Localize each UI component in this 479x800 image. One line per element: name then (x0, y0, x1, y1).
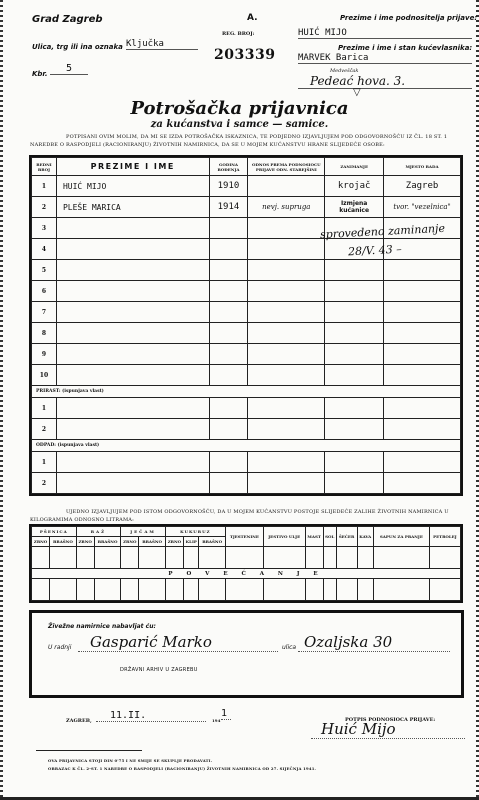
form-subtitle: za kućanstva i samce — samice. (0, 119, 479, 130)
col-name: PREZIME I IME (56, 158, 209, 176)
stock-cell[interactable] (184, 547, 199, 569)
stock-cell[interactable] (76, 547, 94, 569)
stock-cell[interactable] (323, 579, 336, 601)
workplace-cell[interactable] (384, 260, 461, 281)
stock-cell[interactable] (225, 579, 263, 601)
relation-cell[interactable] (248, 302, 325, 323)
workplace-cell[interactable] (384, 365, 461, 386)
birth-year-cell[interactable] (209, 365, 248, 386)
increase-section-label: PRIRAST: (ispunjava vlast) (32, 386, 461, 398)
table-row: 1 HUIĆ MIJO 1910 krojač Zagreb (32, 176, 461, 197)
workplace-cell[interactable] (384, 281, 461, 302)
stock-cell[interactable] (32, 579, 50, 601)
col-corn-grain: ZRNO (165, 537, 183, 547)
place-label: ZAGREB, (66, 718, 92, 724)
year-field[interactable]: 1 (221, 708, 231, 720)
workplace-cell[interactable] (384, 419, 461, 440)
supply-box: Živežne namirnice nabavljat ću: U radnji… (29, 610, 464, 698)
occupation-cell[interactable]: krojač (325, 176, 384, 197)
stock-cell[interactable] (357, 547, 374, 569)
row-number: 4 (32, 239, 57, 260)
occupation-cell[interactable] (325, 302, 384, 323)
workplace-cell[interactable]: tvor. "vezelnica" (384, 197, 461, 218)
col-wheat-flour: BRAŠNO (50, 537, 76, 547)
birth-year-cell[interactable] (209, 473, 248, 494)
applicant-label: Prezime i ime podnositelja prijave: (340, 14, 477, 22)
occupation-cell[interactable] (325, 398, 384, 419)
relation-cell[interactable] (248, 398, 325, 419)
occupation-cell[interactable]: Izmjena kućanice (325, 197, 384, 218)
decrease-row: 1 (32, 452, 461, 473)
increase-row: 1 (32, 398, 461, 419)
date-field[interactable]: 11.II. (96, 710, 206, 722)
birth-year-cell[interactable] (209, 302, 248, 323)
table-row: 7 (32, 302, 461, 323)
birth-year-cell[interactable] (209, 323, 248, 344)
street-label: ulica (282, 644, 296, 651)
name-cell[interactable] (56, 218, 209, 239)
workplace-cell[interactable] (384, 323, 461, 344)
stock-cell[interactable] (305, 579, 323, 601)
col-corn-cob: KLIP (184, 537, 199, 547)
workplace-cell[interactable]: Zagreb (384, 176, 461, 197)
col-rye-flour: BRAŠNO (94, 537, 120, 547)
street-label: Ulica, trg ili ina oznaka (32, 43, 123, 51)
reg-number: 203339 (214, 47, 275, 63)
stock-cell[interactable] (94, 547, 120, 569)
stock-values-row (32, 547, 461, 569)
stock-cell[interactable] (305, 547, 323, 569)
applicant-field[interactable]: HUIĆ MIJO (298, 28, 472, 39)
stock-group-header-row: PŠENICA RAŽ JEČAM KUKURUZ TJESTENINE JES… (32, 527, 461, 537)
table-row: 2 PLEŠE MARICA 1914 nevj. supruga Izmjen… (32, 197, 461, 218)
name-cell[interactable]: HUIĆ MIJO (56, 176, 209, 197)
stock-cell[interactable] (165, 579, 183, 601)
household-table: REDNI BROJ PREZIME I IME GODINA ROĐENJA … (31, 157, 461, 494)
name-cell[interactable] (56, 452, 209, 473)
increase-section-row: PRIRAST: (ispunjava vlast) (32, 386, 461, 398)
workplace-cell[interactable] (384, 344, 461, 365)
checkmark-icon: ▽ (353, 87, 361, 98)
stock-increase-values-row (32, 579, 461, 601)
occupation-cell[interactable] (325, 344, 384, 365)
workplace-cell[interactable] (384, 302, 461, 323)
decrease-row: 2 (32, 473, 461, 494)
decrease-section-label: ODPAD: (ispunjava vlast) (32, 440, 461, 452)
occupation-cell[interactable] (325, 419, 384, 440)
birth-year-cell[interactable] (209, 239, 248, 260)
row-number: 1 (32, 176, 57, 197)
col-sugar: ŠEĆER (336, 527, 357, 547)
workplace-cell[interactable] (384, 398, 461, 419)
form-reference-note: OBRAZAC K ČL. 2-ST. 1 NAREDBE O RASPODJE… (48, 766, 316, 771)
footer-divider (36, 750, 142, 751)
intro-declaration: POTPISANI OVIM MOLIM, DA MI SE IZDA POTR… (30, 133, 468, 149)
table-row: 9 (32, 344, 461, 365)
stock-declaration: UJEDNO IZJAVLJUJEM POD ISTOM ODGOVORNOŠĆ… (30, 508, 468, 524)
stock-cell[interactable] (199, 547, 225, 569)
col-wheat: PŠENICA (32, 527, 77, 537)
row-number: 7 (32, 302, 57, 323)
relation-cell[interactable] (248, 452, 325, 473)
relation-cell[interactable] (248, 176, 325, 197)
stock-cell[interactable] (121, 579, 139, 601)
increase-row: 2 (32, 419, 461, 440)
stock-cell[interactable] (374, 579, 430, 601)
row-number: 10 (32, 365, 57, 386)
occupation-cell[interactable] (325, 365, 384, 386)
stock-cell[interactable] (225, 547, 263, 569)
col-salt: SOL (323, 527, 336, 547)
table-row: 5 (32, 260, 461, 281)
stock-cell[interactable] (263, 579, 305, 601)
birth-year-cell[interactable]: 1910 (209, 176, 248, 197)
stock-cell[interactable] (357, 579, 374, 601)
house-number-field[interactable]: 5 (50, 63, 88, 75)
col-rye: RAŽ (76, 527, 121, 537)
col-birth-year: GODINA ROĐENJA (209, 158, 248, 176)
name-cell[interactable] (56, 344, 209, 365)
street-field[interactable]: Ključka (126, 39, 198, 50)
shop-label: U radnji (48, 644, 71, 651)
birth-year-cell[interactable] (209, 419, 248, 440)
col-pasta: TJESTENINE (225, 527, 263, 547)
stock-cell[interactable] (94, 579, 120, 601)
stock-increase-row: P O V E Ć A N J E (32, 569, 461, 579)
occupation-cell[interactable] (325, 323, 384, 344)
col-rye-grain: ZRNO (76, 537, 94, 547)
stock-cell[interactable] (336, 579, 357, 601)
reg-number-label: REG. BROJ: (222, 31, 254, 37)
stock-cell[interactable] (76, 579, 94, 601)
landlord-label: Prezime i ime i stan kućevlasnika: (338, 44, 472, 52)
birth-year-cell[interactable] (209, 398, 248, 419)
landlord-field[interactable]: MARVEK Barica (298, 53, 472, 64)
col-oil: JESTIVO ULJE (263, 527, 305, 547)
name-cell[interactable] (56, 365, 209, 386)
col-barley: JEČAM (121, 527, 166, 537)
birth-year-cell[interactable] (209, 281, 248, 302)
row-number: 1 (32, 452, 57, 473)
form-title: Potrošačka prijavnica (0, 98, 479, 119)
supply-label: Živežne namirnice nabavljat ću: (48, 623, 156, 630)
col-corn-flour: BRAŠNO (199, 537, 225, 547)
col-barley-flour: BRAŠNO (139, 537, 165, 547)
stock-cell[interactable] (263, 547, 305, 569)
occupation-cell[interactable] (325, 281, 384, 302)
col-corn: KUKURUZ (165, 527, 225, 537)
row-number: 2 (32, 197, 57, 218)
landlord-address-field[interactable]: Pedeać hova. 3. (298, 74, 472, 89)
shop-field[interactable]: Gasparić Marko (78, 633, 278, 652)
signature-field[interactable]: Huić Mijo (311, 720, 465, 739)
stock-cell[interactable] (374, 547, 430, 569)
birth-year-cell[interactable] (209, 452, 248, 473)
col-coffee: KAVA (357, 527, 374, 547)
stock-cell[interactable] (50, 547, 76, 569)
row-number: 1 (32, 398, 57, 419)
row-number: 8 (32, 323, 57, 344)
row-number: 6 (32, 281, 57, 302)
relation-cell[interactable] (248, 473, 325, 494)
relation-cell[interactable] (248, 260, 325, 281)
year-prefix: 194 (212, 718, 220, 723)
stock-cell[interactable] (32, 547, 50, 569)
stock-cell[interactable] (121, 547, 139, 569)
series-letter: A. (247, 13, 258, 23)
stock-cell[interactable] (429, 579, 460, 601)
stock-cell[interactable] (139, 547, 165, 569)
birth-year-cell[interactable]: 1914 (209, 197, 248, 218)
occupation-cell[interactable] (325, 452, 384, 473)
relation-cell[interactable] (248, 365, 325, 386)
row-number: 2 (32, 419, 57, 440)
row-number: 3 (32, 218, 57, 239)
stock-cell[interactable] (139, 579, 165, 601)
table-row: 10 (32, 365, 461, 386)
col-barley-grain: ZRNO (121, 537, 139, 547)
occupation-cell[interactable] (325, 473, 384, 494)
stock-cell[interactable] (165, 547, 183, 569)
price-note: OVA PRIJAVNICA STOJI DIN 0'75 I NE SMIJE… (48, 758, 212, 763)
name-cell[interactable] (56, 398, 209, 419)
relation-cell[interactable] (248, 281, 325, 302)
stock-cell[interactable] (199, 579, 225, 601)
table-row: 8 (32, 323, 461, 344)
relation-cell[interactable] (248, 218, 325, 239)
col-row-number: REDNI BROJ (32, 158, 57, 176)
col-lard: MAST (305, 527, 323, 547)
col-occupation: ZANIMANJE (325, 158, 384, 176)
col-workplace: MJESTO RADA (384, 158, 461, 176)
table-row: 6 (32, 281, 461, 302)
relation-cell[interactable]: nevj. supruga (248, 197, 325, 218)
archive-stamp: DRŽAVNI ARHIV U ZAGREBU (120, 667, 198, 673)
birth-year-cell[interactable] (209, 260, 248, 281)
birth-year-cell[interactable] (209, 218, 248, 239)
stock-table: PŠENICA RAŽ JEČAM KUKURUZ TJESTENINE JES… (31, 526, 461, 601)
row-number: 5 (32, 260, 57, 281)
city-label: Grad Zagreb (32, 14, 103, 25)
stock-cell[interactable] (184, 579, 199, 601)
name-cell[interactable] (56, 260, 209, 281)
row-number: 2 (32, 473, 57, 494)
name-cell[interactable] (56, 323, 209, 344)
increase-label: P O V E Ć A N J E (32, 569, 461, 579)
col-petroleum: PETROLEJ (429, 527, 460, 547)
col-wheat-grain: ZRNO (32, 537, 50, 547)
name-cell[interactable] (56, 302, 209, 323)
relation-cell[interactable] (248, 239, 325, 260)
shop-street-field[interactable]: Ozaljska 30 (298, 633, 450, 652)
name-cell[interactable] (56, 239, 209, 260)
stock-cell[interactable] (336, 547, 357, 569)
relation-cell[interactable] (248, 419, 325, 440)
occupation-cell[interactable] (325, 260, 384, 281)
col-relation: ODNOS PREMA PODNOSIOCU PRIJAVE ODN. STAR… (248, 158, 325, 176)
stock-cell[interactable] (50, 579, 76, 601)
name-cell[interactable] (56, 473, 209, 494)
relation-cell[interactable] (248, 323, 325, 344)
relation-cell[interactable] (248, 344, 325, 365)
birth-year-cell[interactable] (209, 344, 248, 365)
row-number: 9 (32, 344, 57, 365)
household-header-row: REDNI BROJ PREZIME I IME GODINA ROĐENJA … (32, 158, 461, 176)
stock-cell[interactable] (323, 547, 336, 569)
name-cell[interactable]: PLEŠE MARICA (56, 197, 209, 218)
workplace-cell[interactable] (384, 473, 461, 494)
name-cell[interactable] (56, 281, 209, 302)
col-soap: SAPUN ZA PRANJE (374, 527, 430, 547)
house-number-label: Kbr. (32, 70, 48, 78)
workplace-cell[interactable] (384, 452, 461, 473)
decrease-section-row: ODPAD: (ispunjava vlast) (32, 440, 461, 452)
name-cell[interactable] (56, 419, 209, 440)
stock-cell[interactable] (429, 547, 460, 569)
